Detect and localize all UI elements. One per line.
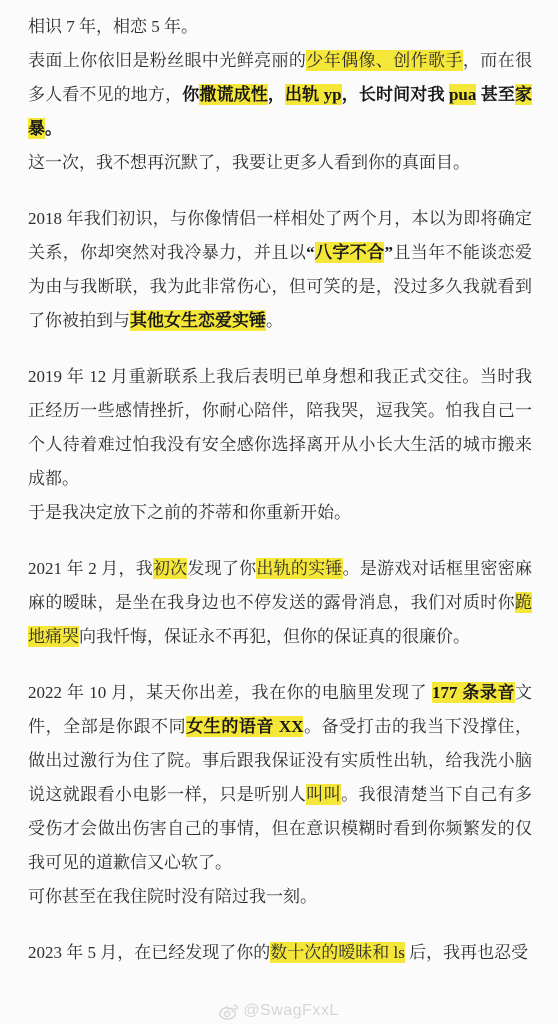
letter-text: 相识 7 年，相恋 5 年。表面上你依旧是粉丝眼中光鲜亮丽的少年偶像、创作歌手，… xyxy=(0,0,558,970)
paragraph: 表面上你依旧是粉丝眼中光鲜亮丽的少年偶像、创作歌手，而在很多人看不见的地方，你撒… xyxy=(28,44,532,146)
text-segment: 2023 年 5 月，在已经发现了你的 xyxy=(28,943,270,962)
highlighted-text: 八字不合 xyxy=(315,242,385,263)
highlighted-text: 女生的语音 XX xyxy=(186,716,303,737)
watermark-handle: @SwagFxxL xyxy=(243,1002,338,1020)
watermark: @SwagFxxL xyxy=(0,1002,558,1020)
text-segment: “ xyxy=(306,243,315,262)
highlighted-text: 数十次的暧昧和 ls xyxy=(270,942,405,963)
text-segment: ” xyxy=(384,243,393,262)
paragraph: 2022 年 10 月，某天你出差，我在你的电脑里发现了 177 条录音文件，全… xyxy=(28,676,532,880)
highlighted-text: 叫叫 xyxy=(306,784,341,805)
paragraph: 2018 年我们初识，与你像情侣一样相处了两个月，本以为即将确定关系，你却突然对… xyxy=(28,202,532,338)
paragraph: 相识 7 年，相恋 5 年。 xyxy=(28,10,532,44)
text-segment: 向我忏悔，保证永不再犯，但你的保证真的很廉价。 xyxy=(79,627,470,646)
text-segment: 发现了你 xyxy=(187,559,256,578)
text-segment: 这一次，我不想再沉默了，我要让更多人看到你的真面目。 xyxy=(28,153,470,172)
text-segment: 相识 7 年，相恋 5 年。 xyxy=(28,17,198,36)
paragraph: 2023 年 5 月，在已经发现了你的数十次的暧昧和 ls 后，我再也忍受 xyxy=(28,936,532,970)
text-segment: 。 xyxy=(45,119,62,138)
text-segment: 。 xyxy=(266,311,283,330)
paragraph: 2021 年 2 月，我初次发现了你出轨的实锤。是游戏对话框里密密麻麻的暧昧，是… xyxy=(28,552,532,654)
text-segment: ， xyxy=(268,85,285,104)
highlighted-text: 撒谎成性 xyxy=(199,84,268,105)
text-segment: 你 xyxy=(182,85,199,104)
highlighted-text: pua xyxy=(449,84,476,105)
weibo-logo-icon xyxy=(219,1003,239,1020)
text-segment: 2021 年 2 月，我 xyxy=(28,559,153,578)
highlighted-text: 少年偶像、创作歌手 xyxy=(306,50,463,71)
highlighted-text: 出轨的实锤 xyxy=(256,558,342,579)
text-segment: 2019 年 12 月重新联系上我后表明已单身想和我正式交往。当时我正经历一些感… xyxy=(28,367,532,488)
text-segment: 后，我再也忍受 xyxy=(405,943,528,962)
paragraph: 于是我决定放下之前的芥蒂和你重新开始。 xyxy=(28,496,532,530)
text-segment: 可你甚至在我住院时没有陪过我一刻。 xyxy=(28,887,317,906)
text-segment: 表面上你依旧是粉丝眼中光鲜亮丽的 xyxy=(28,51,306,70)
text-segment: ，长时间对我 xyxy=(342,85,449,104)
paragraph: 这一次，我不想再沉默了，我要让更多人看到你的真面目。 xyxy=(28,146,532,180)
text-segment: 甚至 xyxy=(476,85,515,104)
highlighted-text: 初次 xyxy=(153,558,187,579)
highlighted-text: 其他女生恋爱实锤 xyxy=(130,310,266,331)
highlighted-text: 出轨 yp xyxy=(285,84,342,105)
text-segment: 2022 年 10 月，某天你出差，我在你的电脑里发现了 xyxy=(28,683,432,702)
highlighted-text: 177 条录音 xyxy=(432,682,515,703)
paragraph: 可你甚至在我住院时没有陪过我一刻。 xyxy=(28,880,532,914)
text-segment: 于是我决定放下之前的芥蒂和你重新开始。 xyxy=(28,503,351,522)
paragraph: 2019 年 12 月重新联系上我后表明已单身想和我正式交往。当时我正经历一些感… xyxy=(28,360,532,496)
